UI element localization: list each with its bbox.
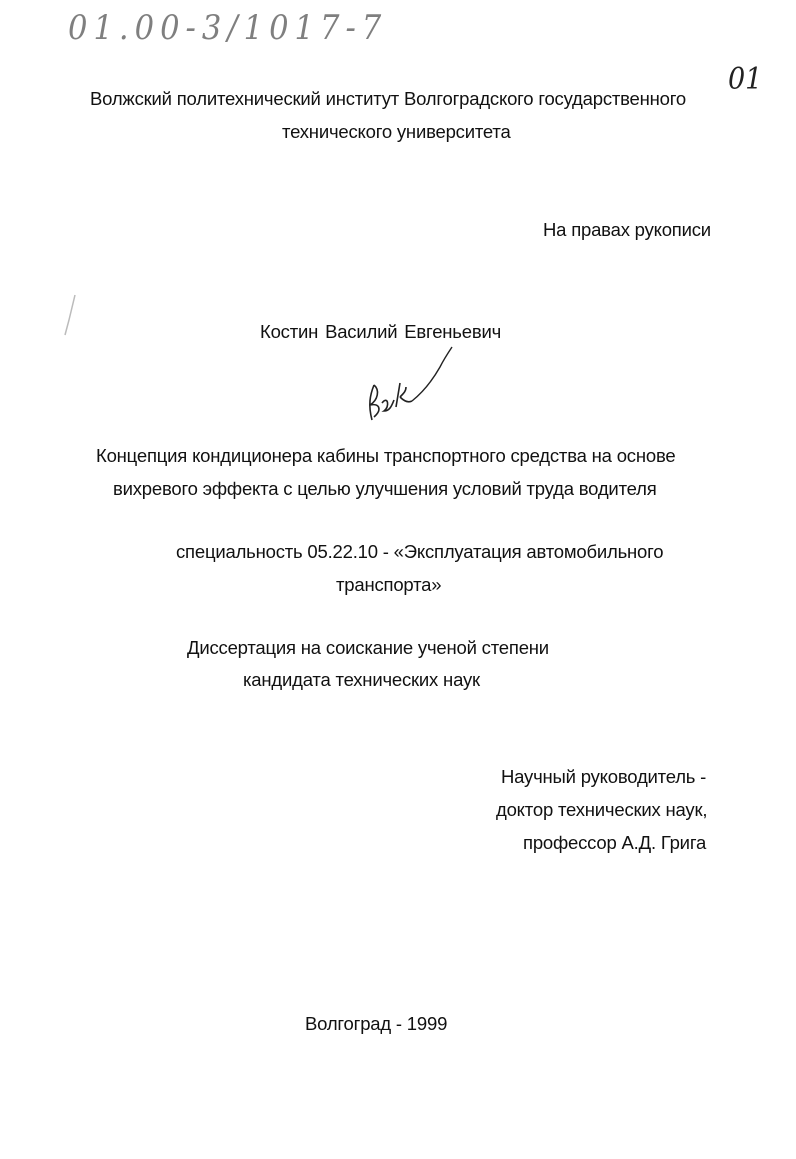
page-mark-handwritten: 01 (728, 62, 762, 97)
supervisor-line-1: Научный руководитель - (501, 766, 706, 788)
specialty-line-2: транспорта» (336, 574, 441, 596)
institution-line-2: технического университета (282, 121, 511, 143)
specialty-line-1: специальность 05.22.10 - «Эксплуатация а… (176, 541, 663, 563)
archive-number-handwritten: 01.00-3/1017-7 (68, 8, 387, 48)
signature-icon (360, 345, 460, 430)
title-line-1: Концепция кондиционера кабины транспортн… (96, 445, 675, 467)
degree-line-2: кандидата технических наук (243, 669, 480, 691)
title-line-2: вихревого эффекта с целью улучшения усло… (113, 478, 657, 500)
institution-line-1: Волжский политехнический институт Волгог… (90, 88, 686, 110)
pencil-mark-icon (55, 290, 85, 350)
author-name: Костин Василий Евгеньевич (260, 321, 501, 343)
manuscript-note: На правах рукописи (543, 219, 711, 241)
supervisor-line-2: доктор технических наук, (496, 799, 707, 821)
degree-line-1: Диссертация на соискание ученой степени (187, 637, 549, 659)
footer-city-year: Волгоград - 1999 (305, 1013, 447, 1035)
supervisor-line-3: профессор А.Д. Грига (523, 832, 706, 854)
